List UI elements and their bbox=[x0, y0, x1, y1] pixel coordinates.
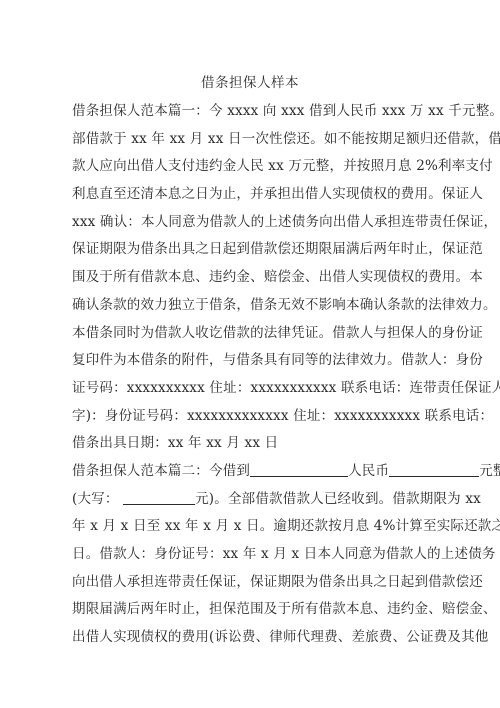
paragraph-line: 日。借款人：身份证号：xx 年 x 月 x 日本人同意为借款人的上述债务 bbox=[72, 545, 434, 573]
paragraph-line: 借条担保人范本篇一：今 xxxx 向 xxx 借到人民币 xxx 万 xx 千元… bbox=[72, 102, 434, 130]
paragraph-line: 围及于所有借款本息、违约金、赔偿金、出借人实现债权的费用。本 bbox=[72, 268, 434, 296]
paragraph-line: 字)：身份证号码：xxxxxxxxxxxxx 住址：xxxxxxxxxxx 联系… bbox=[72, 407, 434, 435]
paragraph-line: 部借款于 xx 年 xx 月 xx 日一次性偿还。如不能按期足额归还借款，借 bbox=[72, 130, 434, 158]
paragraph-line: 本借条同时为借款人收讫借款的法律凭证。借款人与担保人的身份证 bbox=[72, 324, 434, 352]
capital-amount-suffix: 元)。全部借款借款人已经收到。借款期限为 xx bbox=[195, 491, 481, 507]
blank-capital-amount-field bbox=[123, 490, 195, 505]
sample2-suffix: 元整 bbox=[479, 463, 500, 479]
document-body: 借条担保人范本篇一：今 xxxx 向 xxx 借到人民币 xxx 万 xx 千元… bbox=[72, 102, 434, 656]
sample2-prefix: 借条担保人范本篇二：今借到 bbox=[72, 463, 250, 479]
paragraph-line: 款人应向出借人支付违约金人民 xx 万元整，并按照月息 2%利率支付 bbox=[72, 157, 434, 185]
issue-date-line: 借条出具日期：xx 年 xx 月 xx 日 bbox=[72, 434, 434, 462]
blank-lender-field bbox=[250, 462, 348, 477]
paragraph-line: 复印件为本借条的附件，与借条具有同等的法律效力。借款人：身份 bbox=[72, 351, 434, 379]
paragraph-line: 期限届满后两年时止，担保范围及于所有借款本息、违约金、赔偿金、 bbox=[72, 600, 434, 628]
capital-amount-prefix: (大写： bbox=[72, 491, 119, 507]
document-page: 借条担保人样本 借条担保人范本篇一：今 xxxx 向 xxx 借到人民币 xxx… bbox=[0, 0, 500, 708]
paragraph-line: 年 x 月 x 日至 xx 年 x 月 x 日。逾期还款按月息 4%计算至实际还… bbox=[72, 517, 434, 545]
paragraph-line: 利息直至还清本息之日为止，并承担出借人实现债权的费用。保证人 bbox=[72, 185, 434, 213]
paragraph-line: 保证期限为借条出具之日起到借款偿还期限届满后两年时止，保证范 bbox=[72, 240, 434, 268]
paragraph-line: 出借人实现债权的费用(诉讼费、律师代理费、差旅费、公证费及其他 bbox=[72, 628, 434, 656]
paragraph-line: 证号码：xxxxxxxxxx 住址：xxxxxxxxxxx 联系电话：连带责任保… bbox=[72, 379, 434, 407]
sample2-currency-label: 人民币 bbox=[348, 463, 389, 479]
paragraph-line: 向出借人承担连带责任保证，保证期限为借条出具之日起到借款偿还 bbox=[72, 573, 434, 601]
document-title: 借条担保人样本 bbox=[0, 74, 500, 92]
paragraph-line: xxx 确认：本人同意为借款人的上述债务向出借人承担连带责任保证， bbox=[72, 213, 434, 241]
paragraph-line: 确认条款的效力独立于借条，借条无效不影响本确认条款的法律效力。 bbox=[72, 296, 434, 324]
sample2-line: 借条担保人范本篇二：今借到人民币元整 bbox=[72, 462, 434, 490]
sample2-line: (大写： 元)。全部借款借款人已经收到。借款期限为 xx bbox=[72, 490, 434, 518]
blank-amount-field bbox=[389, 462, 479, 477]
